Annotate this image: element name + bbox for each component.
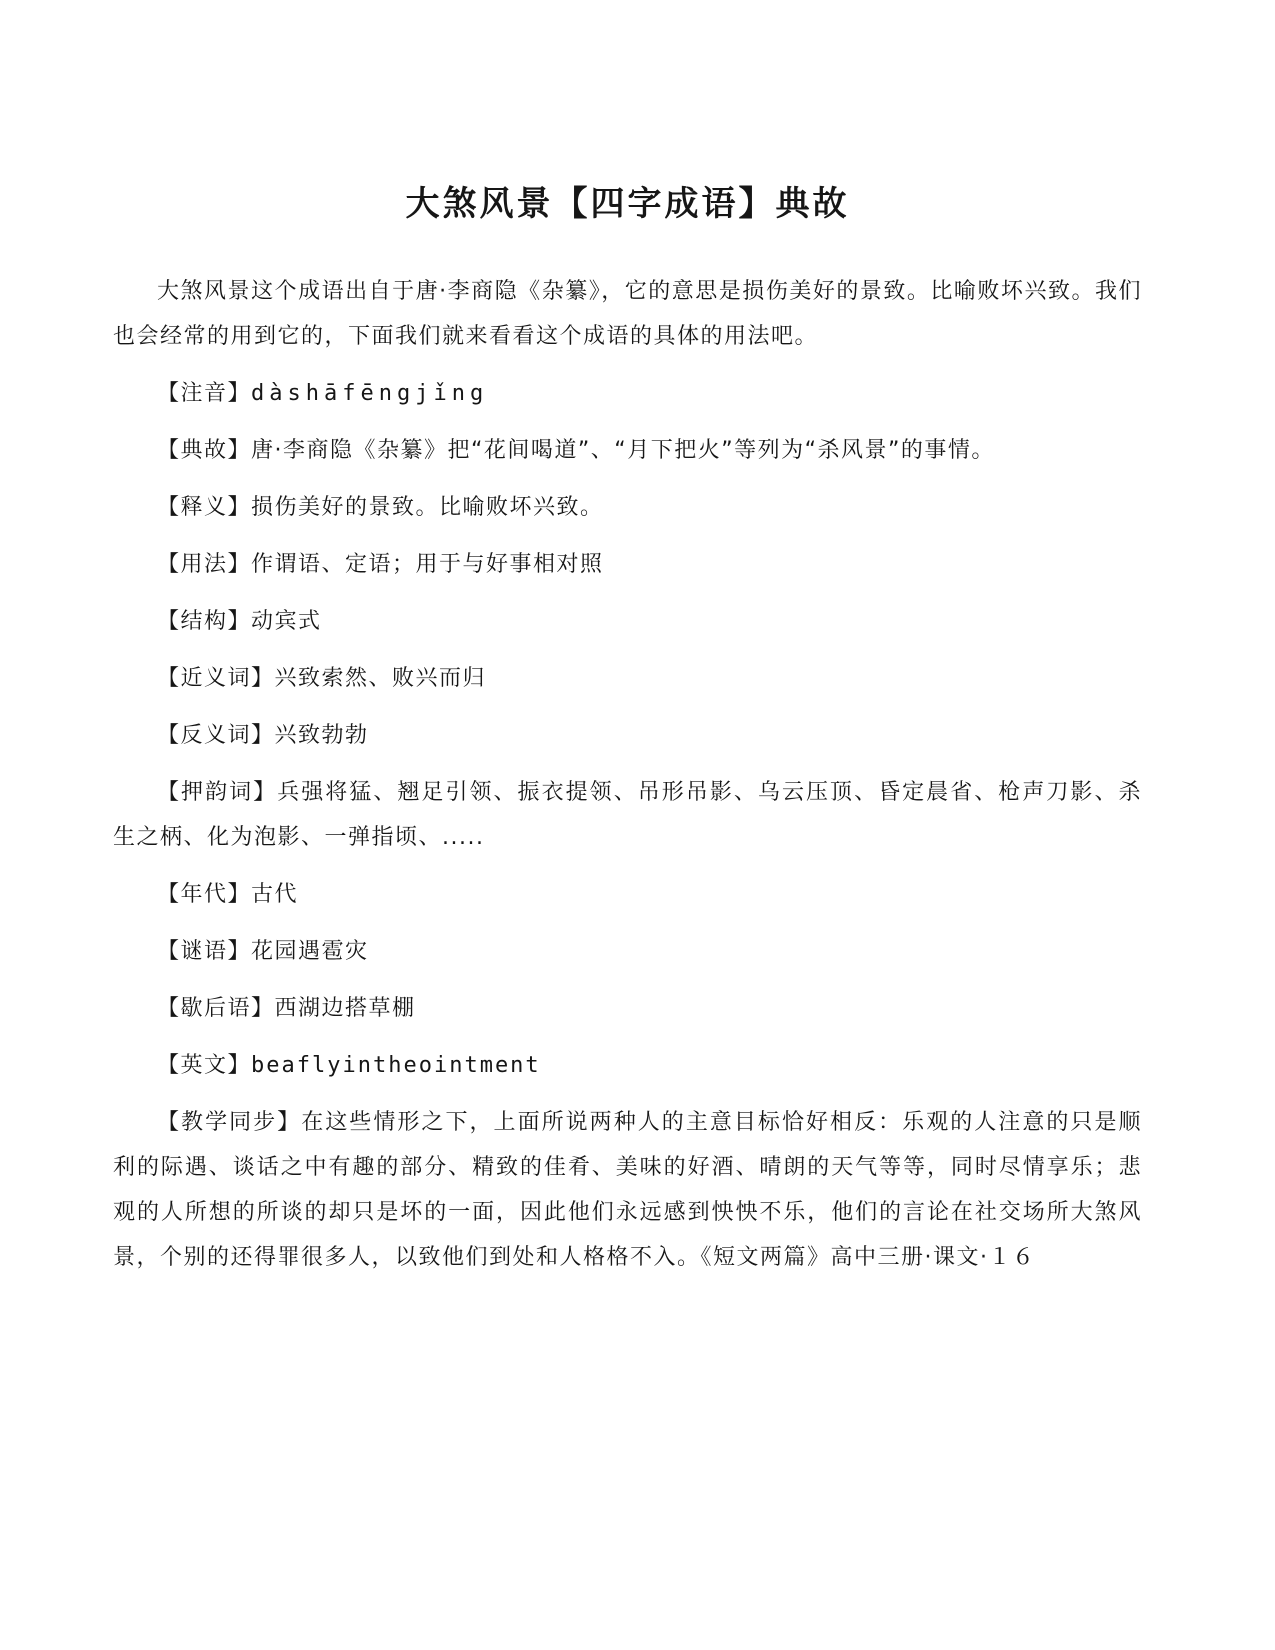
entry-value: 损伤美好的景致。比喻败坏兴致。 [251, 495, 604, 520]
entry-value: dàshāfēngjǐng [251, 381, 488, 406]
entry-niandai: 【年代】古代 [113, 872, 1142, 917]
entry-jiegou: 【结构】动宾式 [113, 599, 1142, 644]
entry-value: beaflyintheointment [251, 1053, 541, 1078]
document-page: 大煞风景【四字成语】典故 大煞风景这个成语出自于唐·李商隐《杂纂》，它的意思是损… [0, 0, 1275, 1650]
intro-paragraph: 大煞风景这个成语出自于唐·李商隐《杂纂》，它的意思是损伤美好的景致。比喻败坏兴致… [113, 269, 1142, 359]
entry-value: 花园遇雹灾 [251, 939, 369, 964]
entry-label: 【押韵词】 [157, 780, 277, 805]
entry-yayunci: 【押韵词】兵强将猛、翘足引领、振衣提领、吊形吊影、乌云压顶、昏定晨省、枪声刀影、… [113, 770, 1142, 860]
entry-value: 唐·李商隐《杂纂》把“花间喝道”、“月下把火”等列为“杀风景”的事情。 [251, 438, 995, 463]
entry-label: 【年代】 [157, 882, 251, 907]
entry-value: 兴致索然、败兴而归 [275, 666, 487, 691]
entry-label: 【结构】 [157, 609, 251, 634]
entry-label: 【典故】 [157, 438, 251, 463]
entry-value: 古代 [251, 882, 298, 907]
entry-value: 兴致勃勃 [275, 723, 369, 748]
entry-label: 【英文】 [157, 1053, 251, 1078]
entry-jiaoxuetongbu: 【教学同步】在这些情形之下，上面所说两种人的主意目标恰好相反：乐观的人注意的只是… [113, 1100, 1142, 1280]
page-title: 大煞风景【四字成语】典故 [113, 186, 1142, 223]
entry-label: 【反义词】 [157, 723, 275, 748]
entry-jinyici: 【近义词】兴致索然、败兴而归 [113, 656, 1142, 701]
entry-yongfa: 【用法】作谓语、定语；用于与好事相对照 [113, 542, 1142, 587]
entry-label: 【释义】 [157, 495, 251, 520]
entry-xiehouyu: 【歇后语】西湖边搭草棚 [113, 986, 1142, 1031]
entry-label: 【歇后语】 [157, 996, 275, 1021]
entry-miyu: 【谜语】花园遇雹灾 [113, 929, 1142, 974]
entry-diangu: 【典故】唐·李商隐《杂纂》把“花间喝道”、“月下把火”等列为“杀风景”的事情。 [113, 428, 1142, 473]
entry-label: 【注音】 [157, 381, 251, 406]
entry-label: 【用法】 [157, 552, 251, 577]
entry-label: 【教学同步】 [157, 1110, 301, 1135]
entry-fanyici: 【反义词】兴致勃勃 [113, 713, 1142, 758]
entry-value: 作谓语、定语；用于与好事相对照 [251, 552, 604, 577]
entry-label: 【谜语】 [157, 939, 251, 964]
entry-list: 【注音】dàshāfēngjǐng【典故】唐·李商隐《杂纂》把“花间喝道”、“月… [113, 371, 1142, 1280]
entry-value: 动宾式 [251, 609, 322, 634]
entry-shiyi: 【释义】损伤美好的景致。比喻败坏兴致。 [113, 485, 1142, 530]
entry-label: 【近义词】 [157, 666, 275, 691]
entry-yingwen: 【英文】beaflyintheointment [113, 1043, 1142, 1088]
entry-value: 西湖边搭草棚 [275, 996, 416, 1021]
entry-zhuyin: 【注音】dàshāfēngjǐng [113, 371, 1142, 416]
